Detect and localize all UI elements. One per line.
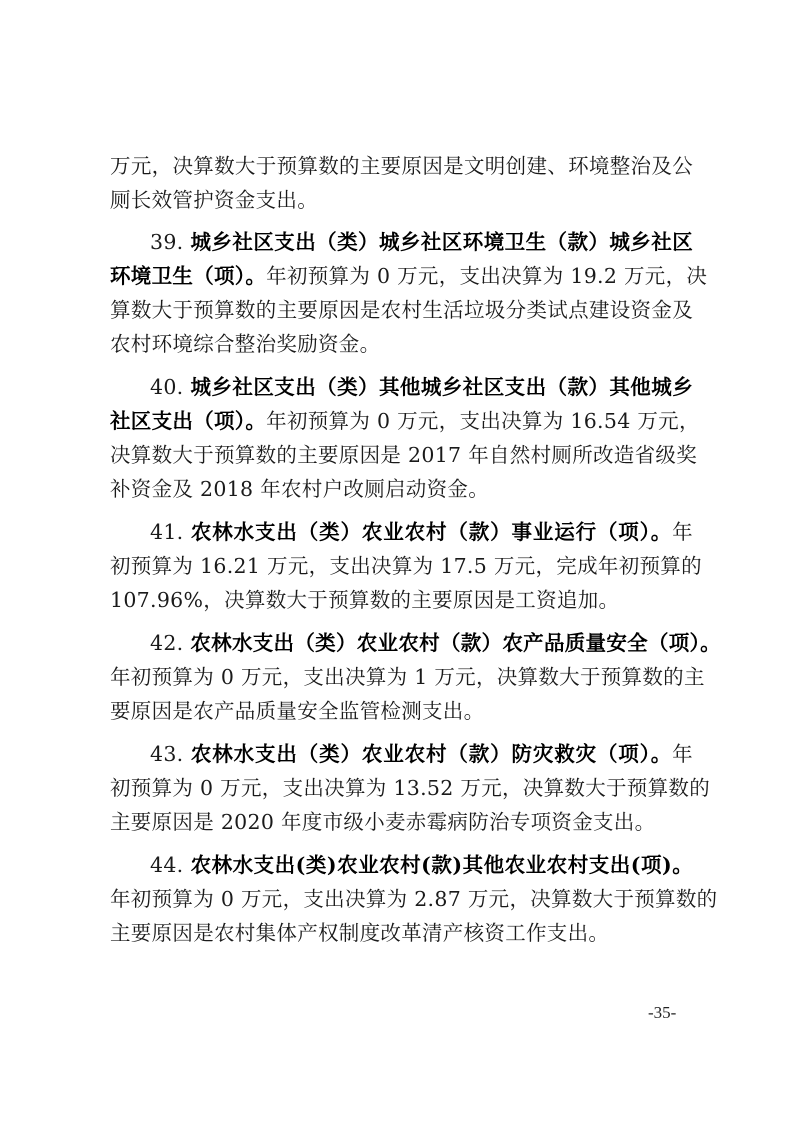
text-line: 厕长效管护资金支出。: [110, 185, 693, 215]
text-line: 社区支出（项）。年初预算为 0 万元，支出决算为 16.54 万元，: [110, 406, 693, 436]
text-line: 要原因是农产品质量安全监管检测支出。: [110, 696, 693, 726]
item-42-heading: 42. 农林水支出（类）农业农村（款）农产品质量安全（项）。: [150, 628, 693, 658]
item-heading: 环境卫生（项）。: [110, 264, 266, 288]
text-line: 107.96%，决算数大于预算数的主要原因是工资追加。: [110, 585, 693, 615]
item-body: 年初预算为 0 万元，支出决算为 19.2 万元，决: [266, 264, 707, 288]
text-line: 环境卫生（项）。年初预算为 0 万元，支出决算为 19.2 万元，决: [110, 261, 693, 291]
text-line: 农村环境综合整治奖励资金。: [110, 329, 693, 359]
item-44-heading: 44. 农林水支出(类)农业农村(款)其他农业农村支出(项)。: [150, 850, 693, 880]
item-number: 39.: [150, 230, 184, 254]
item-body: 年: [672, 742, 693, 766]
text-line: 初预算为 0 万元，支出决算为 13.52 万元，决算数大于预算数的: [110, 773, 693, 803]
item-heading: 农林水支出（类）农业农村（款）事业运行（项）。: [191, 520, 672, 544]
text-line: 万元，决算数大于预算数的主要原因是文明创建、环境整治及公: [110, 151, 693, 181]
page-number: -35-: [648, 1002, 676, 1024]
text-line: 主要原因是农村集体产权制度改革清产核资工作支出。: [110, 918, 693, 948]
text-line: 年初预算为 0 万元，支出决算为 1 万元，决算数大于预算数的主: [110, 662, 693, 692]
item-body: 年: [672, 520, 693, 544]
item-number: 43.: [150, 742, 184, 766]
item-43-heading: 43. 农林水支出（类）农业农村（款）防灾救灾（项）。年: [150, 739, 693, 769]
item-heading: 农林水支出（类）农业农村（款）防灾救灾（项）。: [191, 742, 672, 766]
text-line: 决算数大于预算数的主要原因是 2017 年自然村厕所改造省级奖: [110, 440, 693, 470]
item-40-heading: 40. 城乡社区支出（类）其他城乡社区支出（款）其他城乡: [150, 372, 693, 402]
item-heading: 农林水支出(类)农业农村(款)其他农业农村支出(项)。: [191, 853, 693, 877]
text-line: 初预算为 16.21 万元，支出决算为 17.5 万元，完成年初预算的: [110, 551, 693, 581]
text-line: 算数大于预算数的主要原因是农村生活垃圾分类试点建设资金及: [110, 295, 693, 325]
text-line: 主要原因是 2020 年度市级小麦赤霉病防治专项资金支出。: [110, 807, 693, 837]
item-number: 42.: [150, 631, 184, 655]
item-39-heading: 39. 城乡社区支出（类）城乡社区环境卫生（款）城乡社区: [150, 227, 693, 257]
item-heading: 社区支出（项）。: [110, 409, 266, 433]
item-heading: 农林水支出（类）农业农村（款）农产品质量安全（项）。: [190, 631, 721, 655]
item-body: 年初预算为 0 万元，支出决算为 16.54 万元，: [266, 409, 700, 433]
item-41-heading: 41. 农林水支出（类）农业农村（款）事业运行（项）。年: [150, 517, 693, 547]
text-line: 年初预算为 0 万元，支出决算为 2.87 万元，决算数大于预算数的: [110, 884, 693, 914]
item-number: 44.: [150, 853, 184, 877]
item-heading: 城乡社区支出（类）城乡社区环境卫生（款）城乡社区: [190, 230, 693, 254]
item-heading: 城乡社区支出（类）其他城乡社区支出（款）其他城乡: [190, 375, 693, 399]
document-page: 万元，决算数大于预算数的主要原因是文明创建、环境整治及公 厕长效管护资金支出。 …: [0, 0, 793, 1122]
text-line: 补资金及 2018 年农村户改厕启动资金。: [110, 474, 693, 504]
item-number: 41.: [150, 520, 184, 544]
item-number: 40.: [150, 375, 184, 399]
